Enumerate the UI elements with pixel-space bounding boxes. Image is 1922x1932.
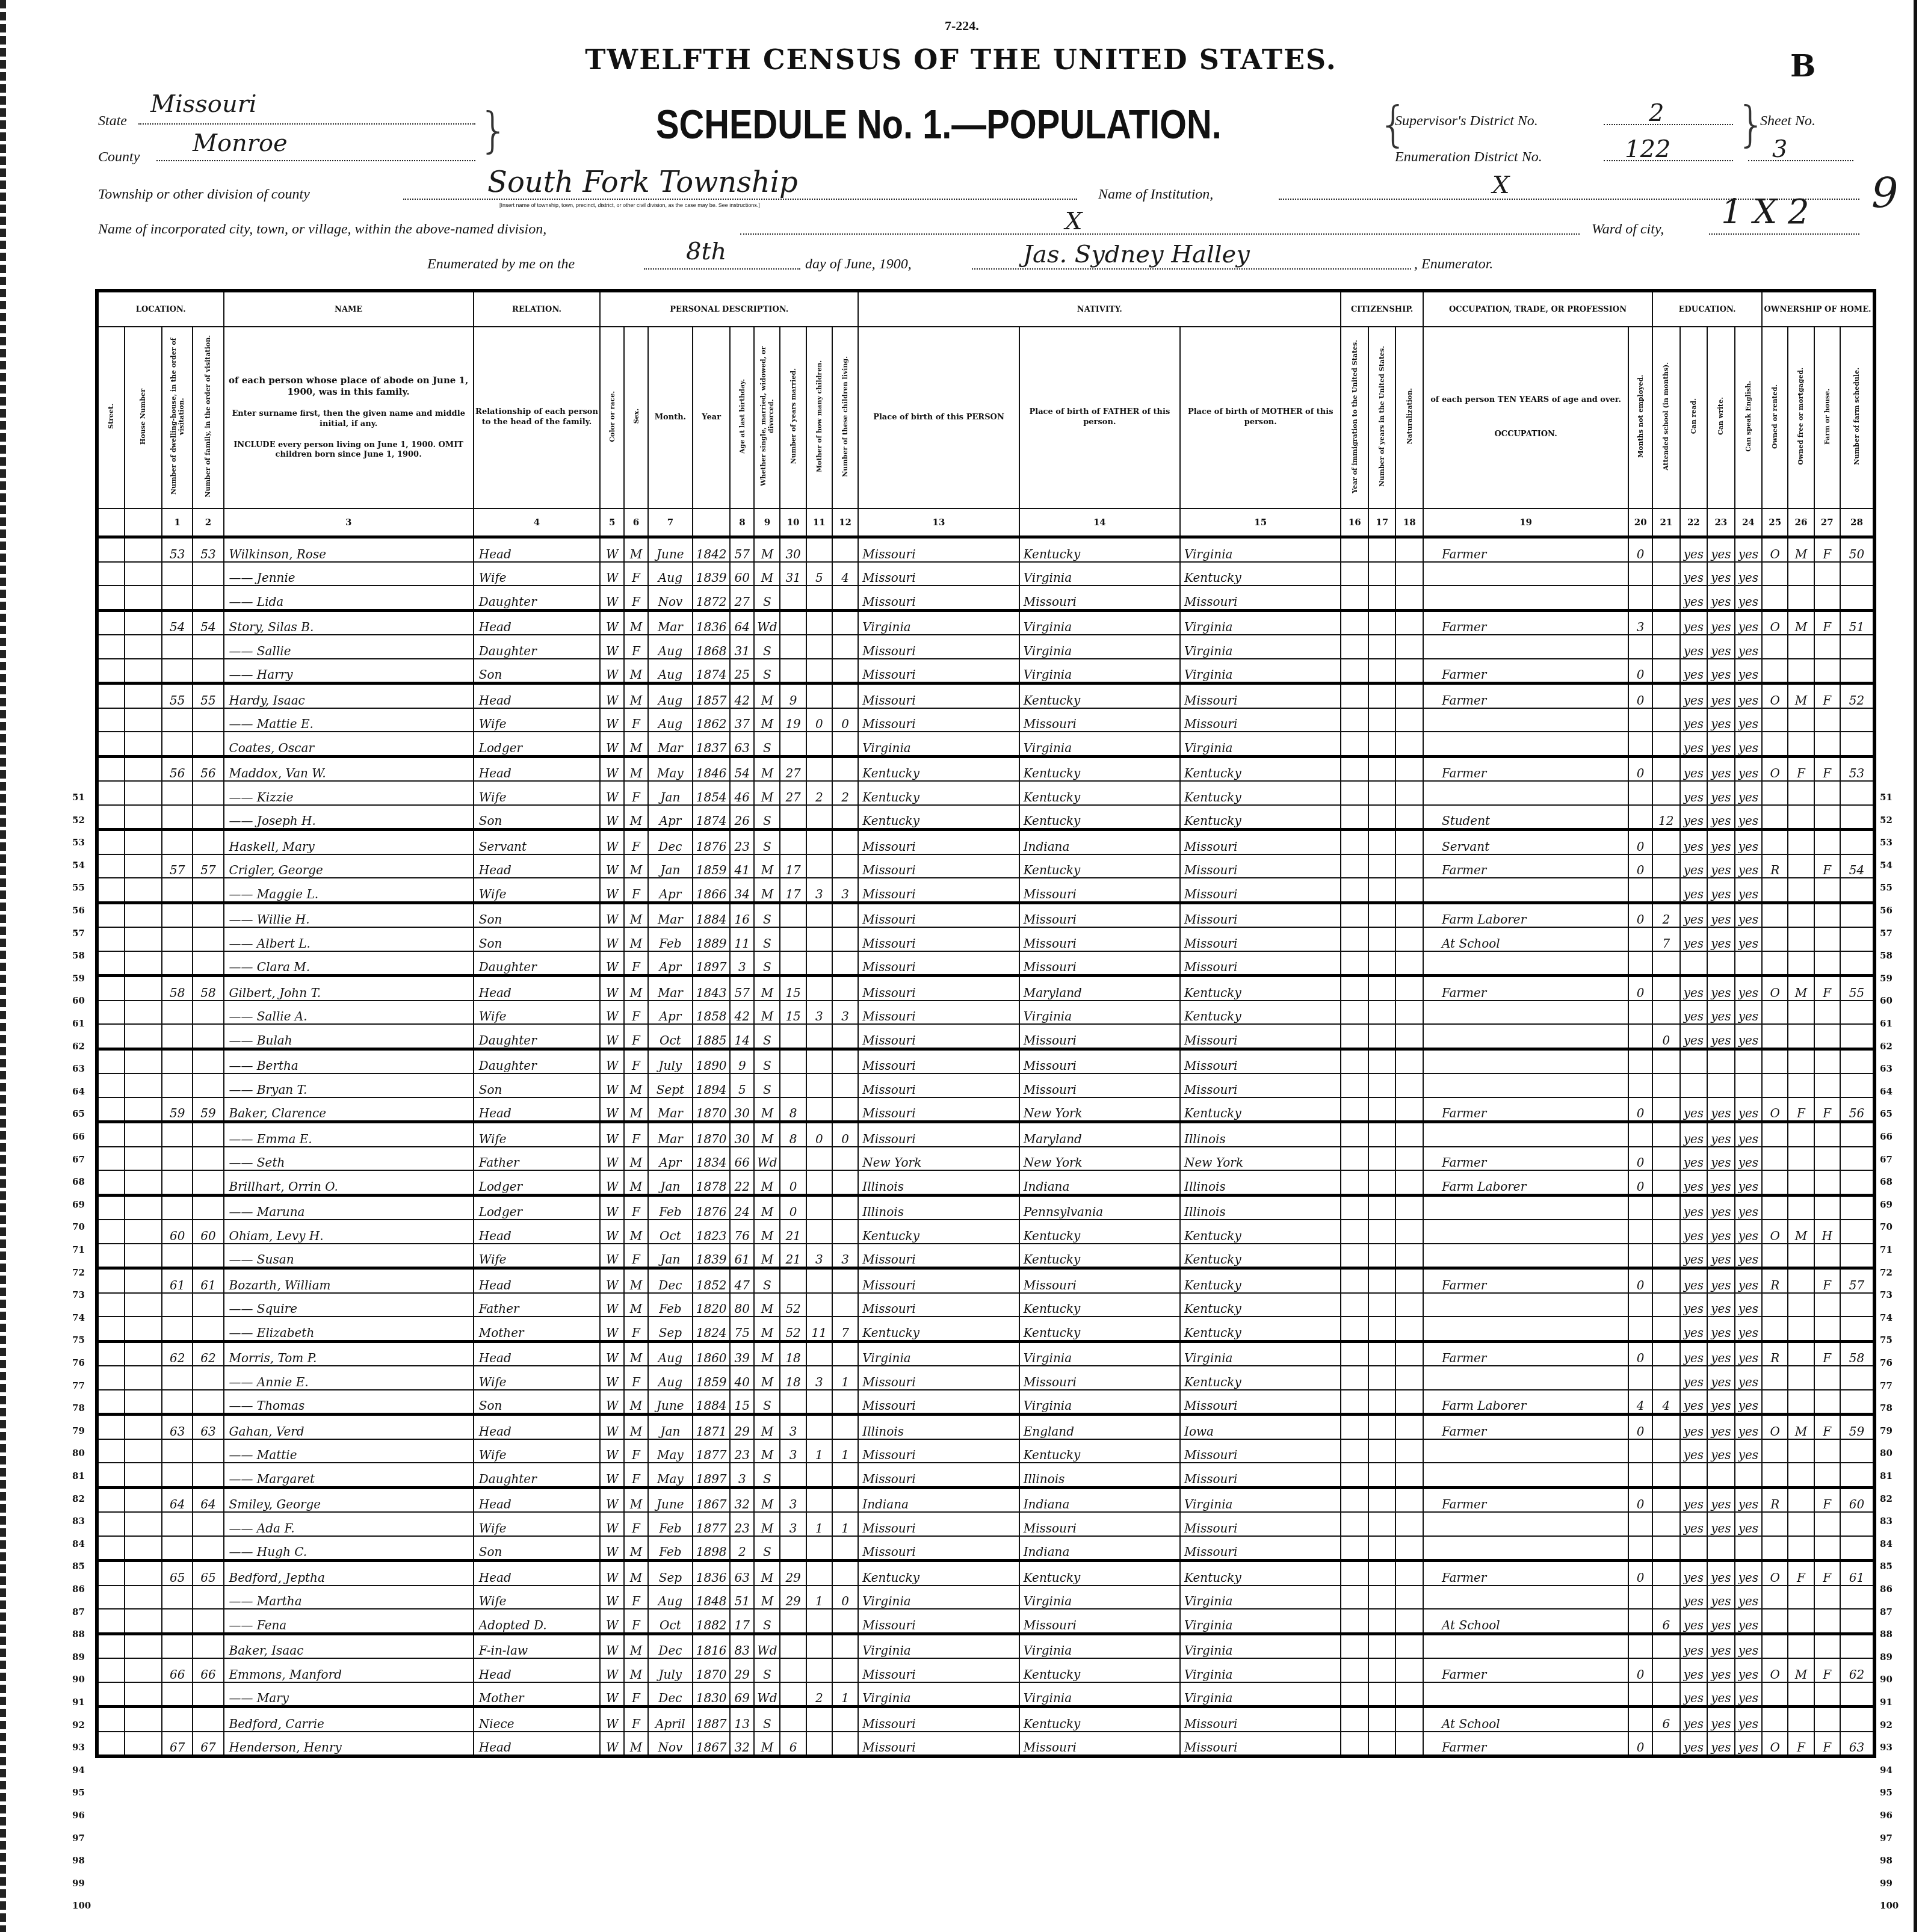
relation-cell: Head (474, 1415, 600, 1439)
owned-rented-cell (1762, 830, 1788, 854)
naturalization-cell (1395, 562, 1423, 586)
relation-cell: Daughter (474, 1024, 600, 1049)
occupation-cell: At School (1423, 927, 1628, 951)
dwelling-number-cell (162, 1536, 193, 1561)
farm-schedule-cell (1840, 1439, 1874, 1463)
col-free-mortgaged: Owned free or mortgaged. (1788, 327, 1814, 508)
immigration-cell (1341, 951, 1368, 976)
street-cell (97, 1415, 125, 1439)
farm-house-cell: F (1814, 1732, 1840, 1757)
months-unemployed-cell (1628, 635, 1652, 659)
can-speak-english-cell: yes (1735, 635, 1763, 659)
can-speak-english-cell: yes (1735, 1585, 1763, 1609)
birthplace-cell: Missouri (858, 1001, 1019, 1025)
line-number: 78 (1880, 1403, 1893, 1413)
mother-of-cell (806, 1732, 832, 1757)
line-number: 73 (72, 1289, 85, 1300)
relation-cell: Son (474, 1073, 600, 1097)
birth-year-cell: 1820 (693, 1293, 731, 1317)
immigration-cell (1341, 1634, 1368, 1658)
city-value: X (1065, 208, 1082, 235)
house-number-cell (125, 927, 162, 951)
birth-month-cell: Apr (648, 878, 693, 903)
immigration-cell (1341, 1707, 1368, 1732)
birthplace-cell: Missouri (858, 854, 1019, 878)
years-in-us-cell (1368, 635, 1396, 659)
sex-cell: M (624, 1536, 648, 1561)
relation-cell: Wife (474, 1585, 600, 1609)
school-months-cell: 4 (1652, 1390, 1680, 1415)
mother-birthplace-cell: Missouri (1180, 1024, 1341, 1049)
birth-year-cell: 1877 (693, 1512, 731, 1536)
color-cell: W (600, 1463, 624, 1487)
dwelling-number-cell: 59 (162, 1097, 193, 1122)
family-number-cell (193, 1073, 223, 1097)
naturalization-cell (1395, 1293, 1423, 1317)
birth-month-cell: June (648, 1390, 693, 1415)
color-cell: W (600, 1682, 624, 1707)
dwelling-number-cell (162, 635, 193, 659)
school-months-cell (1652, 1487, 1680, 1512)
sex-cell: F (624, 1001, 648, 1025)
birth-month-cell: Oct (648, 1220, 693, 1244)
naturalization-cell (1395, 635, 1423, 659)
farm-schedule-cell (1840, 903, 1874, 927)
naturalization-cell (1395, 951, 1423, 976)
house-number-cell (125, 585, 162, 610)
mother-birthplace-cell: Virginia (1180, 1609, 1341, 1634)
can-read-cell: yes (1680, 927, 1708, 951)
birth-year-cell: 1882 (693, 1609, 731, 1634)
months-unemployed-cell: 0 (1628, 756, 1652, 781)
can-write-cell: yes (1707, 1293, 1735, 1317)
mother-of-cell (806, 1463, 832, 1487)
sex-cell: M (624, 1487, 648, 1512)
occupation-cell: Farmer (1423, 1561, 1628, 1585)
street-cell (97, 1609, 125, 1634)
years-in-us-cell (1368, 1122, 1396, 1147)
years-in-us-cell (1368, 1073, 1396, 1097)
dwelling-number-cell (162, 1707, 193, 1732)
years-in-us-cell (1368, 1097, 1396, 1122)
street-cell (97, 903, 125, 927)
children-living-cell (832, 1049, 858, 1073)
can-speak-english-cell: yes (1735, 1341, 1763, 1366)
color-cell: W (600, 562, 624, 586)
family-number-cell (193, 878, 223, 903)
occupation-cell (1423, 1073, 1628, 1097)
family-number-cell: 64 (193, 1487, 223, 1512)
immigration-cell (1341, 1415, 1368, 1439)
can-write-cell: yes (1707, 1658, 1735, 1682)
birthplace-cell: Kentucky (858, 805, 1019, 830)
person-name-cell: —— Ada F. (224, 1512, 474, 1536)
birthplace-cell: Missouri (858, 1049, 1019, 1073)
can-write-cell: yes (1707, 684, 1735, 708)
school-months-cell (1652, 1341, 1680, 1366)
can-write-cell: yes (1707, 878, 1735, 903)
immigration-cell (1341, 1682, 1368, 1707)
naturalization-cell (1395, 976, 1423, 1001)
relation-cell: Mother (474, 1682, 600, 1707)
marital-status-cell: M (754, 781, 780, 805)
months-unemployed-cell: 3 (1628, 610, 1652, 635)
farm-house-cell (1814, 585, 1840, 610)
years-in-us-cell (1368, 1024, 1396, 1049)
can-speak-english-cell: yes (1735, 1122, 1763, 1147)
can-read-cell: yes (1680, 562, 1708, 586)
school-months-cell (1652, 1682, 1680, 1707)
farm-schedule-cell (1840, 1390, 1874, 1415)
birth-year-cell: 1866 (693, 878, 731, 903)
birth-year-cell: 1860 (693, 1341, 731, 1366)
column-number: 7 (648, 508, 693, 537)
naturalization-cell (1395, 878, 1423, 903)
table-row: —— HarrySonWMAug187425SMissouriVirginiaV… (97, 659, 1874, 684)
naturalization-cell (1395, 1195, 1423, 1220)
line-number: 84 (72, 1539, 85, 1549)
dwelling-number-cell: 60 (162, 1220, 193, 1244)
naturalization-cell (1395, 756, 1423, 781)
months-unemployed-cell (1628, 927, 1652, 951)
mother-of-cell (806, 1073, 832, 1097)
family-number-cell (193, 951, 223, 976)
can-write-cell: yes (1707, 1170, 1735, 1195)
school-months-cell (1652, 1001, 1680, 1025)
line-number: 92 (72, 1720, 85, 1730)
street-cell (97, 1220, 125, 1244)
birth-year-cell: 1897 (693, 1463, 731, 1487)
birth-year-cell: 1874 (693, 659, 731, 684)
free-mortgaged-cell (1788, 585, 1814, 610)
header-ownership: OWNERSHIP OF HOME. (1762, 291, 1874, 327)
table-row: —— Joseph H.SonWMApr187426SKentuckyKentu… (97, 805, 1874, 830)
years-in-us-cell (1368, 1220, 1396, 1244)
street-cell (97, 1244, 125, 1268)
farm-house-cell (1814, 1244, 1840, 1268)
free-mortgaged-cell: M (1788, 610, 1814, 635)
person-name-cell: —— Seth (224, 1147, 474, 1171)
mother-of-cell (806, 1268, 832, 1293)
years-in-us-cell (1368, 1366, 1396, 1390)
can-read-cell: yes (1680, 1439, 1708, 1463)
birthplace-cell: Missouri (858, 1293, 1019, 1317)
free-mortgaged-cell (1788, 1512, 1814, 1536)
mother-of-cell: 3 (806, 1244, 832, 1268)
owned-rented-cell: O (1762, 1097, 1788, 1122)
years-married-cell: 29 (780, 1585, 806, 1609)
street-cell (97, 1073, 125, 1097)
immigration-cell (1341, 903, 1368, 927)
can-read-cell: yes (1680, 1487, 1708, 1512)
immigration-cell (1341, 756, 1368, 781)
owned-rented-cell (1762, 1439, 1788, 1463)
mother-of-cell (806, 1658, 832, 1682)
farm-schedule-cell (1840, 1293, 1874, 1317)
children-living-cell: 0 (832, 708, 858, 732)
marital-status-cell: S (754, 830, 780, 854)
father-birthplace-cell: Virginia (1019, 1390, 1180, 1415)
father-birthplace-cell: Missouri (1019, 903, 1180, 927)
birthplace-cell: Illinois (858, 1170, 1019, 1195)
free-mortgaged-cell (1788, 903, 1814, 927)
house-number-cell (125, 1170, 162, 1195)
occupation-cell (1423, 585, 1628, 610)
table-row: —— MattieWifeWFMay187723M311MissouriKent… (97, 1439, 1874, 1463)
relation-cell: Head (474, 976, 600, 1001)
occupation-cell: Farmer (1423, 684, 1628, 708)
dwelling-number-cell (162, 1634, 193, 1658)
months-unemployed-cell (1628, 951, 1652, 976)
line-number: 55 (72, 882, 85, 893)
person-name-cell: Bedford, Carrie (224, 1707, 474, 1732)
township-note: [Insert name of township, town, precinct… (499, 202, 760, 208)
street-cell (97, 805, 125, 830)
house-number-cell (125, 976, 162, 1001)
color-cell: W (600, 1439, 624, 1463)
birth-year-cell: 1887 (693, 1707, 731, 1732)
mother-birthplace-cell: Virginia (1180, 1585, 1341, 1609)
institution-label: Name of Institution, (1098, 187, 1213, 203)
house-number-cell (125, 878, 162, 903)
family-number-cell (193, 1293, 223, 1317)
can-speak-english-cell: yes (1735, 1682, 1763, 1707)
color-cell: W (600, 585, 624, 610)
age-cell: 2 (730, 1536, 754, 1561)
children-living-cell (832, 1658, 858, 1682)
occupation-cell: Farmer (1423, 1732, 1628, 1757)
mother-of-cell (806, 537, 832, 562)
years-married-cell (780, 830, 806, 854)
occupation-cell: Farmer (1423, 1658, 1628, 1682)
month-year-label: day of June, 1900, (805, 256, 912, 273)
color-cell: W (600, 1073, 624, 1097)
father-birthplace-cell: Kentucky (1019, 1316, 1180, 1341)
marital-status-cell: S (754, 1609, 780, 1634)
owned-rented-cell: R (1762, 1268, 1788, 1293)
birth-month-cell: Mar (648, 976, 693, 1001)
years-in-us-cell (1368, 976, 1396, 1001)
color-cell: W (600, 1024, 624, 1049)
age-cell: 42 (730, 684, 754, 708)
free-mortgaged-cell (1788, 1707, 1814, 1732)
mother-of-cell: 3 (806, 1366, 832, 1390)
birth-month-cell: Aug (648, 1341, 693, 1366)
sex-cell: M (624, 1293, 648, 1317)
birth-year-cell: 1874 (693, 805, 731, 830)
school-months-cell (1652, 1415, 1680, 1439)
birth-month-cell: Mar (648, 903, 693, 927)
street-cell (97, 1024, 125, 1049)
farm-schedule-cell: 54 (1840, 854, 1874, 878)
farm-schedule-cell: 62 (1840, 1658, 1874, 1682)
color-cell: W (600, 1609, 624, 1634)
street-cell (97, 927, 125, 951)
years-married-cell (780, 1049, 806, 1073)
line-number: 53 (1880, 837, 1893, 848)
relation-cell: Daughter (474, 1463, 600, 1487)
years-in-us-cell (1368, 1585, 1396, 1609)
line-number: 66 (72, 1131, 85, 1142)
family-number-cell (193, 1366, 223, 1390)
father-birthplace-cell: Virginia (1019, 1341, 1180, 1366)
father-birthplace-cell: Missouri (1019, 1366, 1180, 1390)
sex-cell: F (624, 562, 648, 586)
column-number: 28 (1840, 508, 1874, 537)
sex-cell: F (624, 951, 648, 976)
mother-of-cell (806, 684, 832, 708)
mother-birthplace-cell: Missouri (1180, 1732, 1341, 1757)
can-speak-english-cell: yes (1735, 1097, 1763, 1122)
family-number-cell: 60 (193, 1220, 223, 1244)
marital-status-cell: M (754, 1122, 780, 1147)
color-cell: W (600, 756, 624, 781)
table-row: —— JennieWifeWFAug183960M3154MissouriVir… (97, 562, 1874, 586)
relation-cell: Wife (474, 1001, 600, 1025)
sex-cell: F (624, 1609, 648, 1634)
immigration-cell (1341, 1195, 1368, 1220)
years-married-cell (780, 1024, 806, 1049)
birth-year-cell: 1894 (693, 1073, 731, 1097)
line-number: 90 (72, 1674, 85, 1685)
color-cell: W (600, 1244, 624, 1268)
farm-house-cell (1814, 951, 1840, 976)
farm-house-cell (1814, 1512, 1840, 1536)
house-number-cell (125, 1024, 162, 1049)
mother-birthplace-cell: Kentucky (1180, 1097, 1341, 1122)
months-unemployed-cell (1628, 585, 1652, 610)
can-read-cell: yes (1680, 1512, 1708, 1536)
immigration-cell (1341, 1073, 1368, 1097)
table-row: Coates, OscarLodgerWMMar183763SVirginiaV… (97, 732, 1874, 756)
can-write-cell: yes (1707, 805, 1735, 830)
table-row: —— MaryMotherWFDec183069Wd21VirginiaVirg… (97, 1682, 1874, 1707)
school-months-cell (1652, 1147, 1680, 1171)
father-birthplace-cell: Missouri (1019, 1512, 1180, 1536)
sex-cell: M (624, 854, 648, 878)
mother-birthplace-cell: Virginia (1180, 1487, 1341, 1512)
mother-birthplace-cell: Kentucky (1180, 1561, 1341, 1585)
relation-cell: Head (474, 854, 600, 878)
sex-cell: F (624, 1439, 648, 1463)
family-number-cell: 58 (193, 976, 223, 1001)
school-months-cell (1652, 1658, 1680, 1682)
school-months-cell (1652, 585, 1680, 610)
house-number-cell (125, 562, 162, 586)
naturalization-cell (1395, 1073, 1423, 1097)
table-row: 5656Maddox, Van W.HeadWMMay184654M27Kent… (97, 756, 1874, 781)
free-mortgaged-cell: M (1788, 976, 1814, 1001)
line-number: 96 (1880, 1810, 1893, 1821)
column-number: 18 (1395, 508, 1423, 537)
house-number-cell (125, 1316, 162, 1341)
birth-month-cell: Aug (648, 684, 693, 708)
can-write-cell: yes (1707, 1634, 1735, 1658)
owned-rented-cell: O (1762, 756, 1788, 781)
farm-schedule-cell (1840, 1049, 1874, 1073)
birth-year-cell: 1870 (693, 1658, 731, 1682)
children-living-cell (832, 1415, 858, 1439)
sex-cell: M (624, 610, 648, 635)
owned-rented-cell (1762, 1536, 1788, 1561)
marital-status-cell: S (754, 1658, 780, 1682)
family-number-cell (193, 585, 223, 610)
farm-house-cell: F (1814, 756, 1840, 781)
can-read-cell: yes (1680, 781, 1708, 805)
immigration-cell (1341, 1170, 1368, 1195)
farm-house-cell (1814, 1293, 1840, 1317)
state-label: State (98, 113, 127, 129)
immigration-cell (1341, 878, 1368, 903)
birth-year-cell: 1862 (693, 708, 731, 732)
owned-rented-cell (1762, 659, 1788, 684)
column-number (125, 508, 162, 537)
owned-rented-cell (1762, 1366, 1788, 1390)
immigration-cell (1341, 805, 1368, 830)
column-number: 26 (1788, 508, 1814, 537)
house-number-cell (125, 1122, 162, 1147)
family-number-cell (193, 1536, 223, 1561)
farm-schedule-cell (1840, 781, 1874, 805)
school-months-cell (1652, 1293, 1680, 1317)
months-unemployed-cell (1628, 1024, 1652, 1049)
children-living-cell: 2 (832, 781, 858, 805)
owned-rented-cell (1762, 1390, 1788, 1415)
owned-rented-cell: O (1762, 1732, 1788, 1757)
sex-cell: M (624, 1561, 648, 1585)
farm-schedule-cell (1840, 1073, 1874, 1097)
naturalization-cell (1395, 1220, 1423, 1244)
children-living-cell: 4 (832, 562, 858, 586)
age-cell: 24 (730, 1195, 754, 1220)
marital-status-cell: S (754, 635, 780, 659)
street-cell (97, 1366, 125, 1390)
birthplace-cell: Missouri (858, 1707, 1019, 1732)
color-cell: W (600, 854, 624, 878)
family-number-cell: 65 (193, 1561, 223, 1585)
col-can-write: Can write. (1707, 327, 1735, 508)
farm-house-cell (1814, 635, 1840, 659)
can-read-cell: yes (1680, 1366, 1708, 1390)
house-number-cell (125, 610, 162, 635)
line-number: 83 (1880, 1516, 1893, 1526)
free-mortgaged-cell (1788, 951, 1814, 976)
birth-year-cell: 1823 (693, 1220, 731, 1244)
years-married-cell: 19 (780, 708, 806, 732)
birthplace-cell: Virginia (858, 1682, 1019, 1707)
person-name-cell: —— Margaret (224, 1463, 474, 1487)
farm-schedule-cell (1840, 951, 1874, 976)
line-number: 64 (1880, 1086, 1893, 1097)
father-birthplace-cell: Indiana (1019, 830, 1180, 854)
birth-year-cell: 1876 (693, 1195, 731, 1220)
immigration-cell (1341, 1293, 1368, 1317)
children-living-cell: 1 (832, 1366, 858, 1390)
months-unemployed-cell (1628, 1682, 1652, 1707)
can-write-cell: yes (1707, 1682, 1735, 1707)
birth-year-cell: 1889 (693, 927, 731, 951)
can-read-cell: yes (1680, 1147, 1708, 1171)
enumeration-district: 122 (1625, 135, 1670, 163)
line-number: 59 (72, 973, 85, 984)
years-married-cell: 27 (780, 756, 806, 781)
immigration-cell (1341, 732, 1368, 756)
age-cell: 34 (730, 878, 754, 903)
family-number-cell (193, 781, 223, 805)
school-months-cell (1652, 708, 1680, 732)
color-cell: W (600, 1122, 624, 1147)
street-cell (97, 1732, 125, 1757)
